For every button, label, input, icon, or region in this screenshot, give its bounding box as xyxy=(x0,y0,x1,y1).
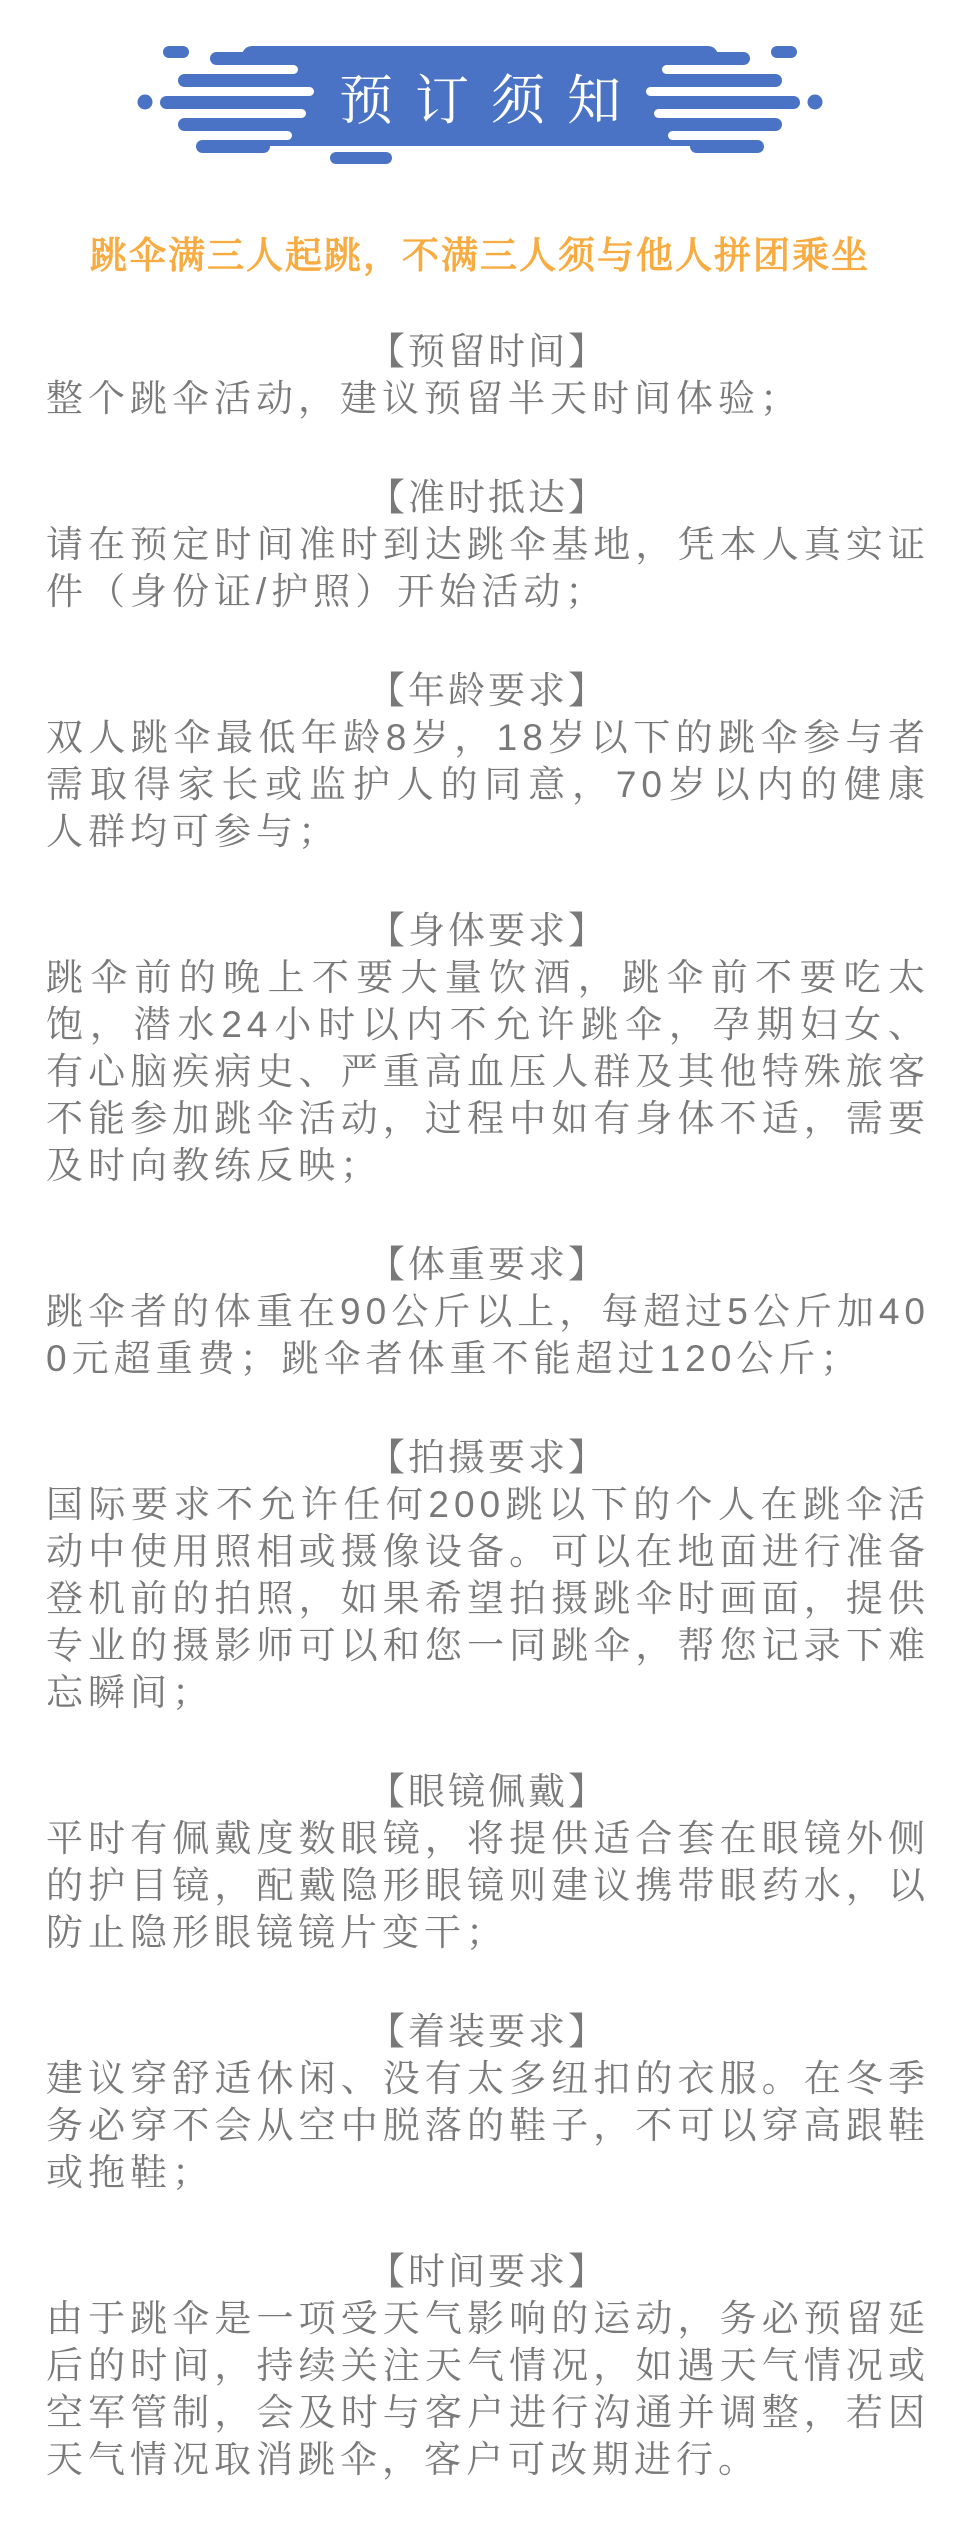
drip-dash-icon xyxy=(330,152,392,164)
section-title: 【时间要求】 xyxy=(46,2248,930,2295)
section-body: 请在预定时间准时到达跳伞基地，凭本人真实证件（身份证/护照）开始活动； xyxy=(46,521,930,615)
notice-section: 【年龄要求】 双人跳伞最低年龄8岁，18岁以下的跳伞参与者需取得家长或监护人的同… xyxy=(46,667,930,855)
section-title: 【准时抵达】 xyxy=(46,474,930,521)
section-title: 【预留时间】 xyxy=(46,328,930,375)
notice-section: 【预留时间】 整个跳伞活动，建议预留半天时间体验； xyxy=(46,328,930,422)
notice-section: 【时间要求】 由于跳伞是一项受天气影响的运动，务必预留延后的时间，持续关注天气情… xyxy=(46,2248,930,2483)
notice-section: 【着装要求】 建议穿舒适休闲、没有太多纽扣的衣服。在冬季务必穿不会从空中脱落的鞋… xyxy=(46,2008,930,2196)
group-notice: 跳伞满三人起跳，不满三人须与他人拼团乘坐 xyxy=(0,236,960,276)
section-body: 平时有佩戴度数眼镜，将提供适合套在眼镜外侧的护目镜，配戴隐形眼镜则建议携带眼药水… xyxy=(46,1815,930,1956)
section-body: 双人跳伞最低年龄8岁，18岁以下的跳伞参与者需取得家长或监护人的同意，70岁以内… xyxy=(46,714,930,855)
section-body: 跳伞者的体重在90公斤以上，每超过5公斤加400元超重费；跳伞者体重不能超过12… xyxy=(46,1288,930,1382)
notice-section: 【眼镜佩戴】 平时有佩戴度数眼镜，将提供适合套在眼镜外侧的护目镜，配戴隐形眼镜则… xyxy=(46,1768,930,1956)
section-title: 【着装要求】 xyxy=(46,2008,930,2055)
notice-section: 【体重要求】 跳伞者的体重在90公斤以上，每超过5公斤加400元超重费；跳伞者体… xyxy=(46,1241,930,1382)
sections-list: 【预留时间】 整个跳伞活动，建议预留半天时间体验； 【准时抵达】 请在预定时间准… xyxy=(0,328,960,2526)
notice-section: 【身体要求】 跳伞前的晚上不要大量饮酒，跳伞前不要吃太饱，潜水24小时以内不允许… xyxy=(46,907,930,1189)
page-title: 预订须知 xyxy=(242,46,718,146)
section-title: 【体重要求】 xyxy=(46,1241,930,1288)
banner: 预订须知 xyxy=(130,38,830,170)
notice-section: 【拍摄要求】 国际要求不允许任何200跳以下的个人在跳伞活动中使用照相或摄像设备… xyxy=(46,1434,930,1716)
notice-section: 【准时抵达】 请在预定时间准时到达跳伞基地，凭本人真实证件（身份证/护照）开始活… xyxy=(46,474,930,615)
section-title: 【身体要求】 xyxy=(46,907,930,954)
section-title: 【年龄要求】 xyxy=(46,667,930,714)
section-title: 【眼镜佩戴】 xyxy=(46,1768,930,1815)
booking-notice-page: 预订须知 跳伞满三人起跳，不满三人须与他人拼团乘坐 【预留时间】 整个跳伞活动，… xyxy=(0,0,960,2526)
section-title: 【拍摄要求】 xyxy=(46,1434,930,1481)
section-body: 建议穿舒适休闲、没有太多纽扣的衣服。在冬季务必穿不会从空中脱落的鞋子，不可以穿高… xyxy=(46,2055,930,2196)
section-body: 由于跳伞是一项受天气影响的运动，务必预留延后的时间，持续关注天气情况，如遇天气情… xyxy=(46,2295,930,2483)
section-body: 国际要求不允许任何200跳以下的个人在跳伞活动中使用照相或摄像设备。可以在地面进… xyxy=(46,1481,930,1716)
section-body: 跳伞前的晚上不要大量饮酒，跳伞前不要吃太饱，潜水24小时以内不允许跳伞，孕期妇女… xyxy=(46,954,930,1189)
section-body: 整个跳伞活动，建议预留半天时间体验； xyxy=(46,375,930,422)
